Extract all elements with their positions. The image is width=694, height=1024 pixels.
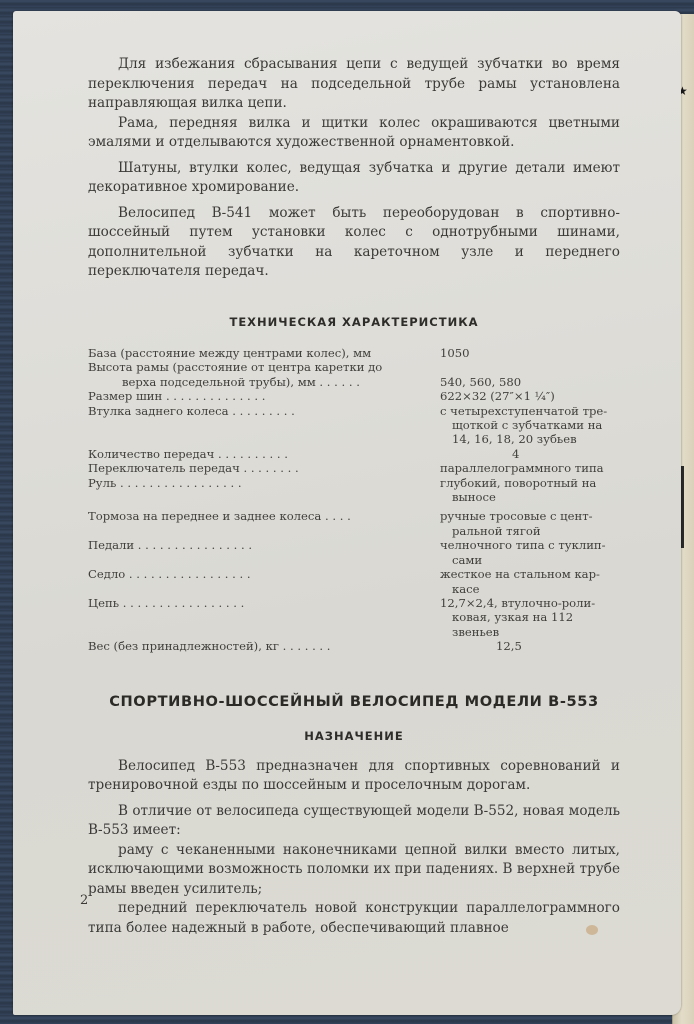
spec-value: 12,5: [440, 639, 620, 653]
tech-spec-heading: ТЕХНИЧЕСКАЯ ХАРАКТЕРИСТИКА: [88, 313, 620, 333]
spec-value-line: с четырехступенчатой тре-: [440, 404, 607, 418]
spec-value: ручные тросовые с цент- ральной тягой: [440, 509, 620, 538]
paragraph: Велосипед В-553 предназначен для спортив…: [88, 757, 620, 796]
spec-value-line: параллелограммного типа: [440, 461, 604, 475]
spec-value-line: жесткое на стальном кар-: [440, 567, 600, 581]
spec-label-line: Высота рамы (расстояние от центра каретк…: [88, 360, 382, 374]
spec-value-line: 540, 560, 580: [440, 375, 521, 389]
spec-value: жесткое на стальном кар- касе: [440, 567, 620, 596]
spec-row: Размер шин . . . . . . . . . . . . . . 6…: [88, 389, 620, 403]
spec-value: 622×32 (27″×1 ¼″): [440, 389, 620, 403]
spec-row: Цепь . . . . . . . . . . . . . . . . . 1…: [88, 596, 620, 639]
spec-label: Высота рамы (расстояние от центра каретк…: [88, 360, 440, 389]
spec-label: База (расстояние между центрами колес), …: [88, 346, 440, 360]
spec-label: Размер шин . . . . . . . . . . . . . .: [88, 389, 440, 403]
spec-row: Переключатель передач . . . . . . . . па…: [88, 461, 620, 475]
spec-label: Тормоза на переднее и заднее колеса . . …: [88, 509, 440, 538]
spec-value-line: ральной тягой: [440, 524, 620, 538]
spec-row: Вес (без принадлежностей), кг . . . . . …: [88, 639, 620, 653]
spec-label-line: верха подседельной трубы), мм . . . . . …: [88, 375, 440, 389]
spec-row: Количество передач . . . . . . . . . . 4: [88, 447, 620, 461]
page-content: Для избежания сбрасывания цепи с ведущей…: [88, 55, 620, 938]
model-heading: СПОРТИВНО-ШОССЕЙНЫЙ ВЕЛОСИПЕД МОДЕЛИ В-5…: [88, 692, 620, 712]
spec-value-line: 1050: [440, 346, 470, 360]
spec-value: глубокий, поворотный на выносе: [440, 476, 620, 505]
margin-bar: [681, 466, 684, 548]
spec-label: Цепь . . . . . . . . . . . . . . . . .: [88, 596, 440, 639]
spec-value-line: челночного типа с туклип-: [440, 538, 606, 552]
paragraph: Шатуны, втулки колес, ведущая зубчатка и…: [88, 159, 620, 198]
paragraph: Рама, передняя вилка и щитки колес окраш…: [88, 114, 620, 153]
paragraph: раму с чеканенными наконечниками цепной …: [88, 841, 620, 900]
spec-label: Количество передач . . . . . . . . . .: [88, 447, 440, 461]
spec-row: Седло . . . . . . . . . . . . . . . . . …: [88, 567, 620, 596]
spec-value: челночного типа с туклип- сами: [440, 538, 620, 567]
spec-label: Вес (без принадлежностей), кг . . . . . …: [88, 639, 440, 653]
paragraph: Велосипед В-541 может быть переоборудова…: [88, 204, 620, 282]
spec-value-line: выносе: [440, 490, 620, 504]
spec-row: Педали . . . . . . . . . . . . . . . . ч…: [88, 538, 620, 567]
spec-value-line: ковая, узкая на 112: [440, 610, 620, 624]
spec-value-line: ручные тросовые с цент-: [440, 509, 593, 523]
spec-value-line: 12,5: [440, 639, 522, 653]
spec-value-line: 14, 16, 18, 20 зубьев: [440, 432, 620, 446]
spec-row: Втулка заднего колеса . . . . . . . . . …: [88, 404, 620, 447]
spec-value: 4: [440, 447, 620, 461]
spec-value: 540, 560, 580: [440, 360, 620, 389]
spec-row: Высота рамы (расстояние от центра каретк…: [88, 360, 620, 389]
spec-value-line: глубокий, поворотный на: [440, 476, 596, 490]
spec-row: Руль . . . . . . . . . . . . . . . . . г…: [88, 476, 620, 505]
spec-label: Седло . . . . . . . . . . . . . . . . .: [88, 567, 440, 596]
spec-value: параллелограммного типа: [440, 461, 620, 475]
spec-row: Тормоза на переднее и заднее колеса . . …: [88, 509, 620, 538]
spec-value: 1050: [440, 346, 620, 360]
spec-value-line: 12,7×2,4, втулочно-роли-: [440, 596, 595, 610]
spec-value-line: щоткой с зубчатками на: [440, 418, 620, 432]
spec-label: Педали . . . . . . . . . . . . . . . .: [88, 538, 440, 567]
spec-row: База (расстояние между центрами колес), …: [88, 346, 620, 360]
spec-label: Втулка заднего колеса . . . . . . . . .: [88, 404, 440, 447]
spec-value-line: 4: [440, 447, 519, 461]
tech-spec-table: База (расстояние между центрами колес), …: [88, 346, 620, 654]
spec-value-line: касе: [440, 582, 620, 596]
spec-value-line: звеньев: [440, 625, 620, 639]
paragraph: Для избежания сбрасывания цепи с ведущей…: [88, 55, 620, 114]
spec-label: Переключатель передач . . . . . . . .: [88, 461, 440, 475]
paragraph: В отличие от велосипеда существующей мод…: [88, 802, 620, 841]
paragraph: передний переключатель новой конструкции…: [88, 899, 620, 938]
spec-value-line: 622×32 (27″×1 ¼″): [440, 389, 555, 403]
spec-value-line: сами: [440, 553, 620, 567]
spec-value: 12,7×2,4, втулочно-роли- ковая, узкая на…: [440, 596, 620, 639]
spec-value: с четырехступенчатой тре- щоткой с зубча…: [440, 404, 620, 447]
spec-label: Руль . . . . . . . . . . . . . . . . .: [88, 476, 440, 505]
purpose-subheading: НАЗНАЧЕНИЕ: [88, 727, 620, 747]
page-number: 2: [80, 893, 88, 908]
